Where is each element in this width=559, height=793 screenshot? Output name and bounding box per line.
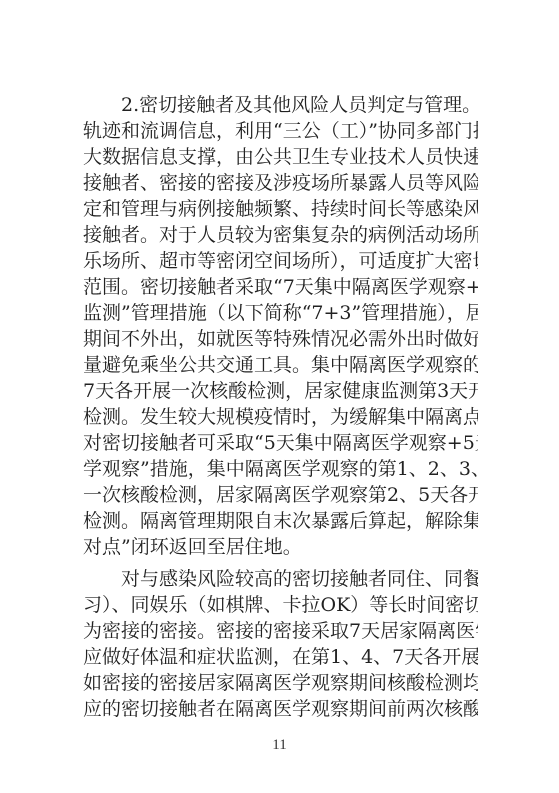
paragraph-1-line-9: 监测”管理措施（以下简称“7+3”管理措施），居家健康监测 [83, 300, 478, 326]
paragraph-1-line-15: 学观察”措施，集中隔离医学观察的第1、2、3、5天各开展 [83, 456, 478, 482]
paragraph-1-line-11: 量避免乘坐公共交通工具。集中隔离医学观察的第1、2、3、5、 [83, 352, 478, 378]
paragraph-1-line-4: 接触者、密接的密接及涉疫场所暴露人员等风险人员。优先判 [83, 170, 478, 196]
paragraph-1-line-2: 轨迹和流调信息，利用“三公（工）”协同多部门技术手段和 [83, 118, 478, 144]
paragraph-1-line-14: 对密切接触者可采取“5天集中隔离医学观察+5天居家隔离医 [83, 430, 478, 456]
paragraph-1-line-18: 对点”闭环返回至居住地。 [83, 534, 478, 560]
paragraph-1-line-12: 7天各开展一次核酸检测，居家健康监测第3天开展一次核酸 [83, 378, 478, 404]
paragraph-1-line-7: 乐场所、超市等密闭空间场所），可适度扩大密切接触者判定 [83, 248, 478, 274]
paragraph-1-line-8: 范围。密切接触者采取“7天集中隔离医学观察+3天居家健康 [83, 274, 478, 300]
paragraph-2-line-6: 应的密切接触者在隔离医学观察期间前两次核酸检测均为阴 [83, 696, 478, 722]
paragraph-2-line-5: 如密接的密接居家隔离医学观察期间核酸检测均为阴性，且对 [83, 670, 478, 696]
paragraph-1-line-16: 一次核酸检测，居家隔离医学观察第2、5天各开展一次核酸 [83, 482, 478, 508]
paragraph-1-line-17: 检测。隔离管理期限自末次暴露后算起，解除集中隔离后应“点 [83, 508, 478, 534]
document-page: 2.密切接触者及其他风险人员判定与管理。根据病例行动 轨迹和流调信息，利用“三公… [0, 0, 559, 793]
paragraph-2-line-4: 应做好体温和症状监测，在第1、4、7天各开展一次核酸检测。 [83, 644, 478, 670]
paragraph-1-line-5: 定和管理与病例接触频繁、持续时间长等感染风险较高的密切 [83, 196, 478, 222]
page-number: 11 [0, 737, 559, 754]
paragraph-2-line-1: 对与感染风险较高的密切接触者同住、同餐、同工作（学 [121, 566, 478, 592]
paragraph-1-line-13: 检测。发生较大规模疫情时，为缓解集中隔离点资源严重不足， [83, 404, 478, 430]
paragraph-1-line-10: 期间不外出，如就医等特殊情况必需外出时做好个人防护，尽 [83, 326, 478, 352]
paragraph-2-line-2: 习）、同娱乐（如棋牌、卡拉OK）等长时间密切接触人员判定 [83, 592, 478, 618]
paragraph-1-line-3: 大数据信息支撑，由公共卫生专业技术人员快速精准判定密切 [83, 144, 478, 170]
paragraph-1-line-1: 2.密切接触者及其他风险人员判定与管理。根据病例行动 [121, 92, 478, 118]
paragraph-2-line-3: 为密接的密接。密接的密接采取7天居家隔离医学观察，每日 [83, 618, 478, 644]
paragraph-1-line-6: 接触者。对于人员较为密集复杂的病例活动场所（如餐厅、娱 [83, 222, 478, 248]
